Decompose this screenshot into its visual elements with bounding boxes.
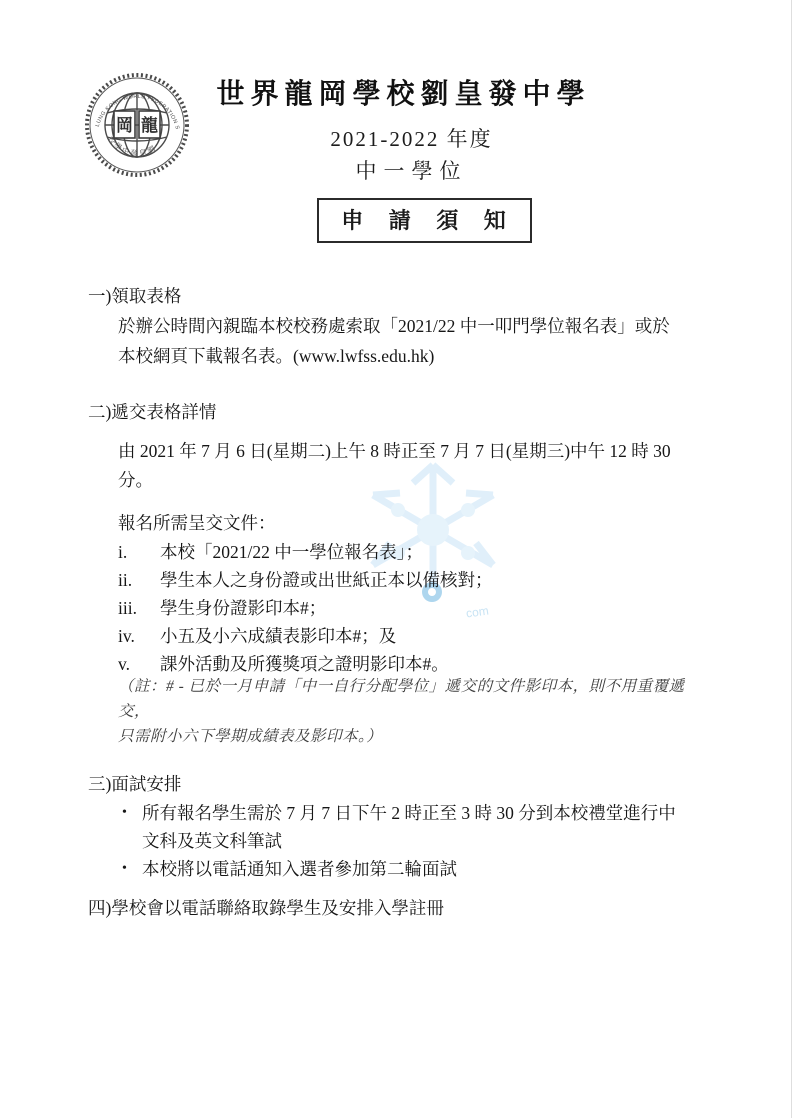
list-item: ii. 學生本人之身份證或出世紙正本以備核對；	[118, 566, 709, 594]
list-item-number: iii.	[118, 594, 160, 622]
section-enrollment-notice: 四)學校會以電話聯絡取錄學生及安排入學註冊	[88, 893, 709, 923]
list-item-number: iv.	[118, 622, 160, 650]
documents-list: i. 本校「2021/22 中一學位報名表」； ii. 學生本人之身份證或出世紙…	[118, 538, 709, 678]
bullet1-line2: 文科及英文科筆試	[142, 827, 709, 855]
document-body: 一)領取表格 於辦公時間內親臨本校校務處索取「2021/22 中一叩門學位報名表…	[0, 281, 793, 923]
section3-heading: 三)面試安排	[88, 769, 709, 799]
list-item-text: 學生本人之身份證或出世紙正本以備核對；	[160, 566, 493, 594]
submission-period: 由 2021 年 7 月 6 日(星期二)上午 8 時正至 7 月 7 日(星期…	[118, 437, 709, 495]
list-item: i. 本校「2021/22 中一學位報名表」；	[118, 538, 709, 566]
bullet1-line1: 所有報名學生需於 7 月 7 日下午 2 時正至 3 時 30 分到本校禮堂進行…	[142, 799, 676, 827]
footnote-line1: （註：# - 已於一月申請「中一自行分配學位」遞交的文件影印本，則不用重覆遞交，	[118, 674, 709, 724]
notice-title-box: 申 請 須 知	[317, 198, 532, 243]
documents-intro: 報名所需呈交文件：	[118, 509, 709, 538]
list-item-text: 小五及小六成績表影印本#；及	[160, 622, 396, 650]
bullet-icon: •	[122, 855, 142, 883]
period-line1: 由 2021 年 7 月 6 日(星期二)上午 8 時正至 7 月 7 日(星期…	[118, 437, 709, 466]
list-item: • 所有報名學生需於 7 月 7 日下午 2 時正至 3 時 30 分到本校禮堂…	[122, 799, 709, 827]
section1-line1: 於辦公時間內親臨本校校務處索取「2021/22 中一叩門學位報名表」或於	[118, 311, 709, 341]
footnote-line2: 只需附小六下學期成績表及影印本。）	[118, 724, 709, 749]
section-interview-arrangement: 三)面試安排 • 所有報名學生需於 7 月 7 日下午 2 時正至 3 時 30…	[88, 769, 709, 883]
section4-heading: 四)學校會以電話聯絡取錄學生及安排入學註冊	[88, 893, 709, 923]
section-collect-form: 一)領取表格 於辦公時間內親臨本校校務處索取「2021/22 中一叩門學位報名表…	[88, 281, 709, 371]
section2-heading: 二)遞交表格詳情	[88, 397, 709, 427]
seal-character-right: 龍	[141, 115, 158, 135]
seal-character-left: 岡	[116, 116, 133, 135]
list-item-number: i.	[118, 538, 160, 566]
footnote: （註：# - 已於一月申請「中一自行分配學位」遞交的文件影印本，則不用重覆遞交，…	[118, 674, 709, 749]
section-submission-details: 二)遞交表格詳情 由 2021 年 7 月 6 日(星期二)上午 8 時正至 7…	[88, 397, 709, 749]
bullet-icon: •	[122, 799, 142, 827]
list-item: iv. 小五及小六成績表影印本#；及	[118, 622, 709, 650]
school-seal-logo: 岡 龍 LUNG KONG WORLD FEDERATION SCHOOL 校學…	[84, 72, 190, 178]
list-item-text: 本校「2021/22 中一學位報名表」；	[160, 538, 423, 566]
list-item: • 本校將以電話通知入選者參加第二輪面試	[122, 855, 709, 883]
period-line2: 分。	[118, 466, 709, 495]
list-item-text: 學生身份證影印本#；	[160, 594, 326, 622]
section1-line2: 本校網頁下載報名表。(www.lwfss.edu.hk)	[118, 341, 709, 371]
document-page: com 岡 龍	[0, 0, 793, 1118]
list-item-number: ii.	[118, 566, 160, 594]
section1-heading: 一)領取表格	[88, 281, 709, 311]
bullet2-text: 本校將以電話通知入選者參加第二輪面試	[142, 855, 457, 883]
list-item: iii. 學生身份證影印本#；	[118, 594, 709, 622]
document-header: 岡 龍 LUNG KONG WORLD FEDERATION SCHOOL 校學…	[0, 0, 793, 243]
